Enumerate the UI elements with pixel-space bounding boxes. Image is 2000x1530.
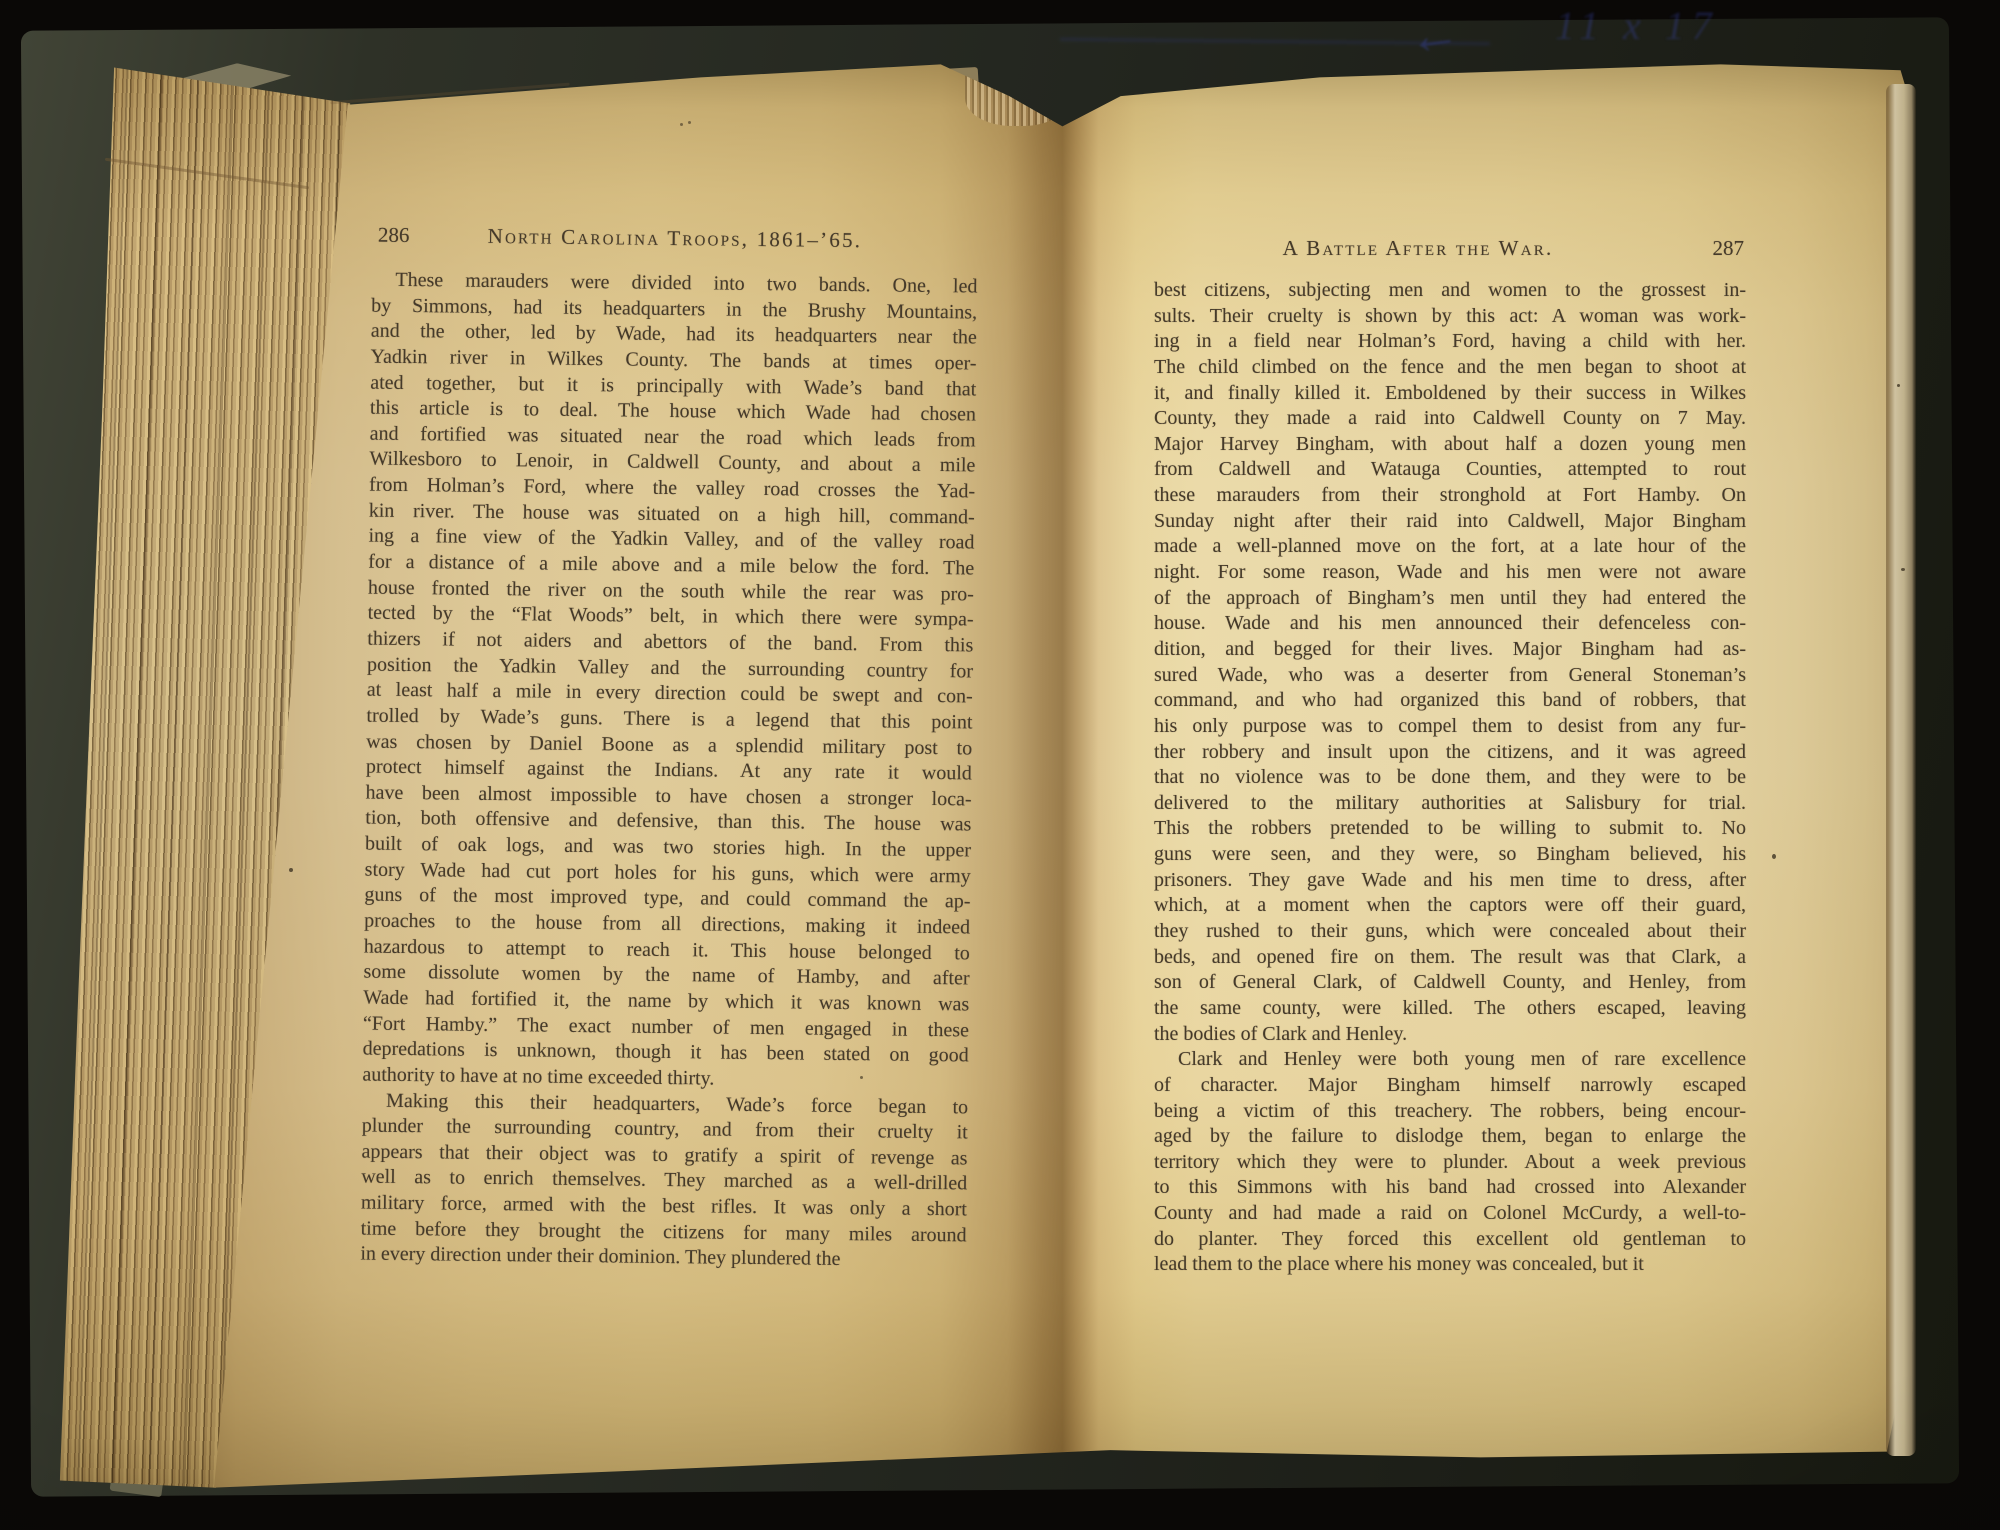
ink-speck xyxy=(1897,384,1900,387)
body-text-line: from Caldwell and Watauga Counties, atte… xyxy=(1154,457,1746,483)
body-text-line: ther robbery and insult upon the citizen… xyxy=(1154,740,1746,766)
right-page: A Battle After the War. 287 best citizen… xyxy=(1154,224,1746,1304)
body-text-line: delivered to the military authorities at… xyxy=(1154,791,1746,817)
body-text-line: guns were seen, and they were, so Bingha… xyxy=(1154,842,1746,868)
ink-speck xyxy=(1772,854,1776,859)
right-page-header: A Battle After the War. 287 xyxy=(1154,233,1746,263)
left-page-header: 286 North Carolina Troops, 1861–’65. xyxy=(372,220,978,257)
body-text-line: lead them to the place where his money w… xyxy=(1154,1252,1746,1278)
body-text-line: Sunday night after their raid into Caldw… xyxy=(1154,509,1746,535)
body-text-line: of the approach of Bingham’s men until t… xyxy=(1154,586,1746,612)
body-text-line: best citizens, subjecting men and women … xyxy=(1154,278,1746,304)
body-text-line: do planter. They forced this excellent o… xyxy=(1154,1227,1746,1253)
body-text-line: house. Wade and his men announced their … xyxy=(1154,611,1746,637)
right-page-number: 287 xyxy=(1713,233,1745,263)
body-text-line: to this Simmons with his band had crosse… xyxy=(1154,1175,1746,1201)
body-text-line: The child climbed on the fence and the m… xyxy=(1154,355,1746,381)
body-text-line: sults. Their cruelty is shown by this ac… xyxy=(1154,304,1746,330)
body-text-line: Major Harvey Bingham, with about half a … xyxy=(1154,432,1746,458)
body-text-line: son of General Clark, of Caldwell County… xyxy=(1154,970,1746,996)
body-text-line: County, they made a raid into Caldwell C… xyxy=(1154,406,1746,432)
ink-speck xyxy=(1901,568,1905,571)
body-text-line: these marauders from their stronghold at… xyxy=(1154,483,1746,509)
body-text-line: County and had made a raid on Colonel Mc… xyxy=(1154,1201,1746,1227)
body-text-line: dition, and begged for their lives. Majo… xyxy=(1154,637,1746,663)
left-page: 286 North Carolina Troops, 1861–’65. The… xyxy=(360,218,978,1305)
body-text-line: which, at a moment when the captors were… xyxy=(1154,893,1746,919)
blue-pencil-annotation: 11 x 17 xyxy=(1555,2,1719,49)
body-text-line: sured Wade, who was a deserter from Gene… xyxy=(1154,663,1746,689)
body-text-line: his only purpose was to compel them to d… xyxy=(1154,714,1746,740)
body-text-line: command, and who had organized this band… xyxy=(1154,688,1746,714)
body-text-line: This the robbers pretended to be willing… xyxy=(1154,816,1746,842)
body-text-line: of character. Major Bingham himself narr… xyxy=(1154,1073,1746,1099)
body-text-line: prisoners. They gave Wade and his men ti… xyxy=(1154,868,1746,894)
book-photo: 286 North Carolina Troops, 1861–’65. The… xyxy=(0,0,2000,1530)
body-text-line: aged by the failure to dislodge them, be… xyxy=(1154,1124,1746,1150)
body-text-line: they rushed to their guns, which were co… xyxy=(1154,919,1746,945)
left-page-body: These marauders were divided into two ba… xyxy=(360,268,977,1275)
ink-speck xyxy=(289,868,293,872)
ink-speck xyxy=(860,1076,863,1079)
body-text-line: made a well-planned move on the fort, at… xyxy=(1154,534,1746,560)
body-text-line: the bodies of Clark and Henley. xyxy=(1154,1022,1746,1048)
body-text-line: that no violence was to be done them, an… xyxy=(1154,765,1746,791)
body-text-line: ing in a field near Holman’s Ford, havin… xyxy=(1154,329,1746,355)
body-text-line: beds, and opened fire on them. The resul… xyxy=(1154,945,1746,971)
body-text-line: it, and finally killed it. Emboldened by… xyxy=(1154,381,1746,407)
left-running-header: North Carolina Troops, 1861–’65. xyxy=(372,220,978,257)
body-text-line: the same county, were killed. The others… xyxy=(1154,996,1746,1022)
ink-speck xyxy=(680,123,683,126)
right-running-header: A Battle After the War. xyxy=(1122,233,1714,263)
body-text-line: Clark and Henley were both young men of … xyxy=(1154,1047,1746,1073)
right-page-edge xyxy=(1886,84,1916,1456)
ink-speck xyxy=(688,121,691,124)
blue-arrow-mark: ← xyxy=(1404,3,1464,69)
body-text-line: being a victim of this treachery. The ro… xyxy=(1154,1099,1746,1125)
body-text-line: territory which they were to plunder. Ab… xyxy=(1154,1150,1746,1176)
left-page-number: 286 xyxy=(378,220,410,250)
body-text-line: night. For some reason, Wade and his men… xyxy=(1154,560,1746,586)
right-page-body: best citizens, subjecting men and women … xyxy=(1154,278,1746,1278)
